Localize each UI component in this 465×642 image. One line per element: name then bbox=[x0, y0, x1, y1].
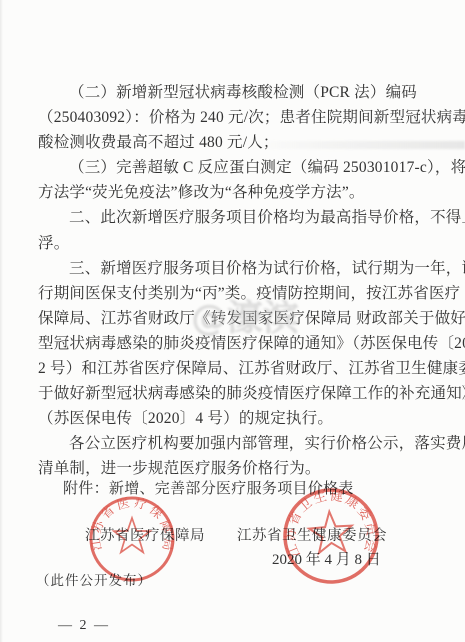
seal-text: 江苏省卫生健康委员会 bbox=[279, 484, 381, 560]
body-line: 各公立医疗机构要加强内部管理，实行价格公示，落实费用 bbox=[38, 431, 440, 456]
body-line: 三、新增医疗服务项目价格为试行价格，试行期为一年，试 bbox=[38, 256, 440, 281]
body-line: （三）完善超敏 C 反应蛋白测定（编码 250301017-c），将原 bbox=[38, 155, 440, 180]
body-line: 方法学“荧光免疫法”修改为“各种免疫学方法”。 bbox=[38, 180, 440, 205]
body-line: 浮。 bbox=[38, 231, 440, 256]
body-line: （二）新增新型冠状病毒核酸检测（PCR 法）编码 bbox=[38, 80, 440, 105]
body-line: 型冠状病毒感染的肺炎疫情医疗保障的通知》（苏医保电传〔2020〕 bbox=[38, 331, 440, 356]
body-line: 二、此次新增医疗服务项目价格均为最高指导价格，不得上 bbox=[38, 205, 440, 230]
official-seal-medical-bureau: 江苏省医疗保障局 bbox=[82, 489, 182, 589]
body-line: 2 号）和江苏省医疗保障局、江苏省财政厅、江苏省卫生健康委《关 bbox=[38, 356, 440, 381]
seal-icon: 江苏省卫生健康委员会 bbox=[272, 477, 389, 594]
document-body: （二）新增新型冠状病毒核酸检测（PCR 法）编码 （250403092）：价格为… bbox=[38, 80, 440, 482]
svg-text:江苏省卫生健康委员会: 江苏省卫生健康委员会 bbox=[279, 484, 381, 560]
body-line: 于做好新型冠状病毒感染的肺炎疫情医疗保障工作的补充通知》 bbox=[38, 381, 440, 406]
star-icon bbox=[308, 510, 353, 553]
body-line: 保障局、江苏省财政厅《转发国家医疗保障局 财政部关于做好新 bbox=[38, 306, 440, 331]
seal-text: 江苏省医疗保障局 bbox=[88, 496, 175, 552]
official-seal-health-commission: 江苏省卫生健康委员会 bbox=[272, 477, 389, 594]
body-line: 行期间医保支付类别为“丙”类。疫情防控期间，按江苏省医疗 bbox=[38, 281, 440, 306]
seal-icon: 江苏省医疗保障局 bbox=[82, 489, 182, 589]
star-icon bbox=[114, 518, 150, 552]
body-line: 酸检测收费最高不超过 480 元/人； bbox=[38, 130, 440, 155]
body-line: （250403092）：价格为 240 元/次；患者住院期间新型冠状病毒核 bbox=[38, 105, 440, 130]
page-number: — 2 — bbox=[58, 618, 110, 634]
body-line: （苏医保电传〔2020〕4 号）的规定执行。 bbox=[38, 406, 440, 431]
scanned-document-page: （二）新增新型冠状病毒核酸检测（PCR 法）编码 （250403092）：价格为… bbox=[0, 0, 465, 642]
svg-text:江苏省医疗保障局: 江苏省医疗保障局 bbox=[88, 496, 175, 552]
